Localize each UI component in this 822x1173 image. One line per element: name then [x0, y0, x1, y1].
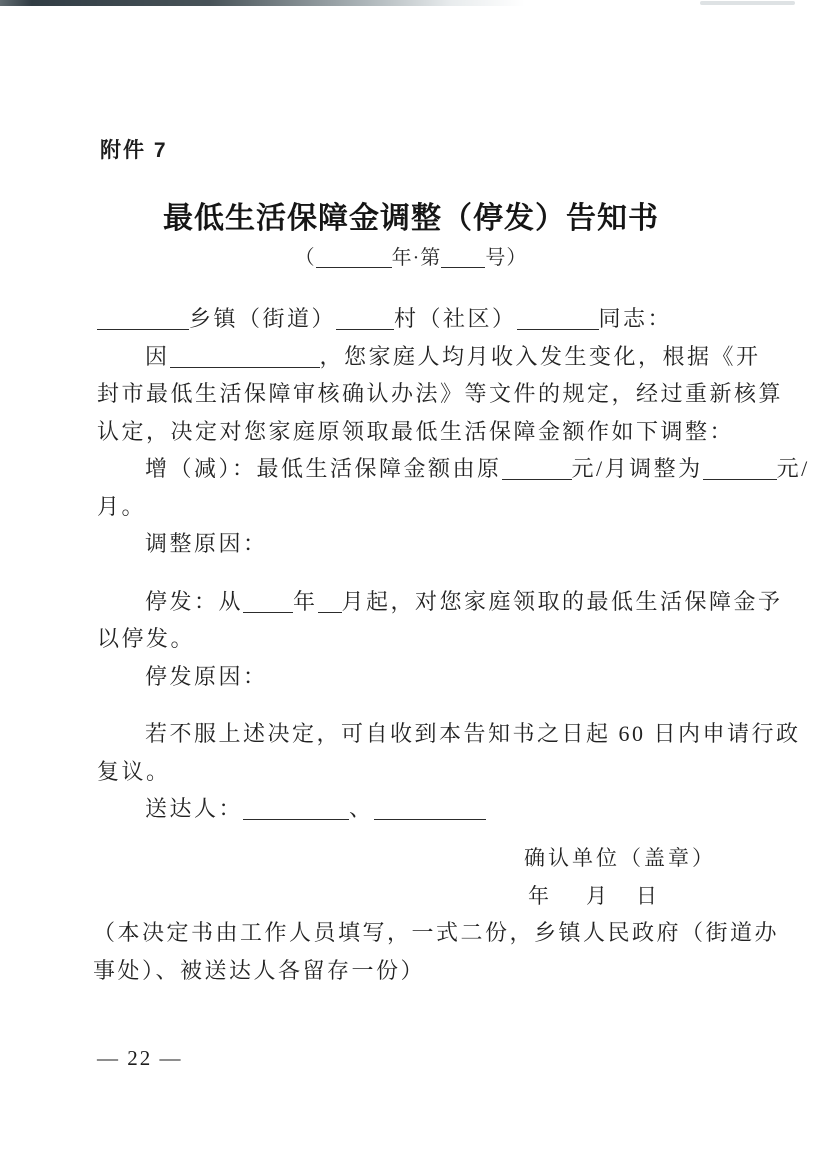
date-part: 年	[528, 884, 552, 908]
note-line: （本决定书由工作人员填写，一式二份，乡镇人民政府（街道办	[93, 914, 773, 952]
text-segment: 月起，对您家庭领取的最低生活保障金予	[342, 589, 783, 614]
text-segment: 封市最低生活保障审核确认办法》等文件的规定，经过重新核算	[97, 381, 783, 406]
body-line: 停发原因：	[97, 658, 757, 696]
attachment-label: 附件 7	[100, 134, 168, 164]
date-spacer	[610, 902, 636, 903]
text-segment: （	[295, 247, 316, 269]
blank-field	[316, 247, 392, 268]
text-segment: 元/	[777, 456, 810, 481]
blank-field	[441, 247, 485, 268]
blank-field	[170, 347, 320, 368]
blank-field	[318, 592, 342, 613]
date-spacer	[552, 902, 586, 903]
document-body: 乡镇（街道）村（社区）同志：因，您家庭人均月收入发生变化，根据《开封市最低生活保…	[97, 300, 757, 828]
blank-field	[336, 309, 394, 330]
body-line: 若不服上述决定，可自收到本告知书之日起 60 日内申请行政	[97, 715, 757, 753]
text-segment: 年·第	[392, 247, 442, 269]
text-segment: 送达人：	[145, 796, 243, 821]
body-line: 调整原因：	[97, 525, 757, 563]
body-line: 月。	[97, 488, 757, 526]
signature-block: 确认单位（盖章） 年月日	[524, 840, 716, 915]
blank-field	[374, 799, 486, 820]
document-title: 最低生活保障金调整（停发）告知书	[0, 193, 822, 237]
text-segment: 认定，决定对您家庭原领取最低生活保障金额作如下调整：	[97, 419, 734, 444]
text-segment: 停发：从	[145, 589, 243, 614]
body-line: 以停发。	[97, 620, 757, 658]
blank-field	[243, 592, 293, 613]
text-segment: 号）	[485, 247, 527, 269]
body-line: 封市最低生活保障审核确认办法》等文件的规定，经过重新核算	[97, 375, 757, 413]
note-block: （本决定书由工作人员填写，一式二份，乡镇人民政府（街道办 事处）、被送达人各留存…	[93, 914, 773, 989]
body-line: 因，您家庭人均月收入发生变化，根据《开	[97, 338, 757, 376]
body-line: 认定，决定对您家庭原领取最低生活保障金额作如下调整：	[97, 413, 757, 451]
text-segment: 调整原因：	[145, 531, 268, 556]
document-number: （年·第号）	[0, 241, 822, 270]
scan-artifact-small	[700, 1, 795, 5]
signature-date: 年月日	[524, 878, 716, 916]
blank-field	[502, 459, 572, 480]
document-page: 附件 7 最低生活保障金调整（停发）告知书 （年·第号） 乡镇（街道）村（社区）…	[0, 0, 822, 1173]
text-segment: 月。	[97, 494, 146, 519]
text-segment: 复议。	[97, 759, 171, 784]
body-line: 乡镇（街道）村（社区）同志：	[97, 300, 757, 338]
text-segment: 乡镇（街道）	[189, 306, 336, 331]
text-segment: 村（社区）	[394, 306, 517, 331]
text-segment: 同志：	[599, 306, 673, 331]
text-segment: 若不服上述决定，可自收到本告知书之日起 60 日内申请行政	[145, 721, 801, 746]
body-line: 增（减）：最低生活保障金额由原元/月调整为元/	[97, 450, 757, 488]
blank-field	[703, 459, 777, 480]
text-segment: 元/月调整为	[572, 456, 703, 481]
note-line: 事处）、被送达人各留存一份）	[93, 952, 773, 990]
scan-artifact	[0, 0, 525, 6]
body-line: 送达人：、	[97, 790, 757, 828]
text-segment: 因	[145, 344, 170, 369]
body-line: 复议。	[97, 753, 757, 791]
blank-field	[97, 309, 189, 330]
blank-field	[243, 799, 349, 820]
date-part: 日	[636, 884, 660, 908]
text-segment: 、	[349, 796, 374, 821]
signature-unit: 确认单位（盖章）	[524, 840, 716, 878]
text-segment: 停发原因：	[145, 664, 268, 689]
text-segment: 增（减）：最低生活保障金额由原	[145, 456, 502, 481]
body-line: 停发：从年月起，对您家庭领取的最低生活保障金予	[97, 583, 757, 621]
text-segment: ，您家庭人均月收入发生变化，根据《开	[320, 344, 761, 369]
blank-field	[517, 309, 599, 330]
text-segment: 以停发。	[97, 626, 195, 651]
date-part: 月	[586, 884, 610, 908]
page-number: — 22 —	[97, 1046, 183, 1071]
text-segment: 年	[293, 589, 318, 614]
